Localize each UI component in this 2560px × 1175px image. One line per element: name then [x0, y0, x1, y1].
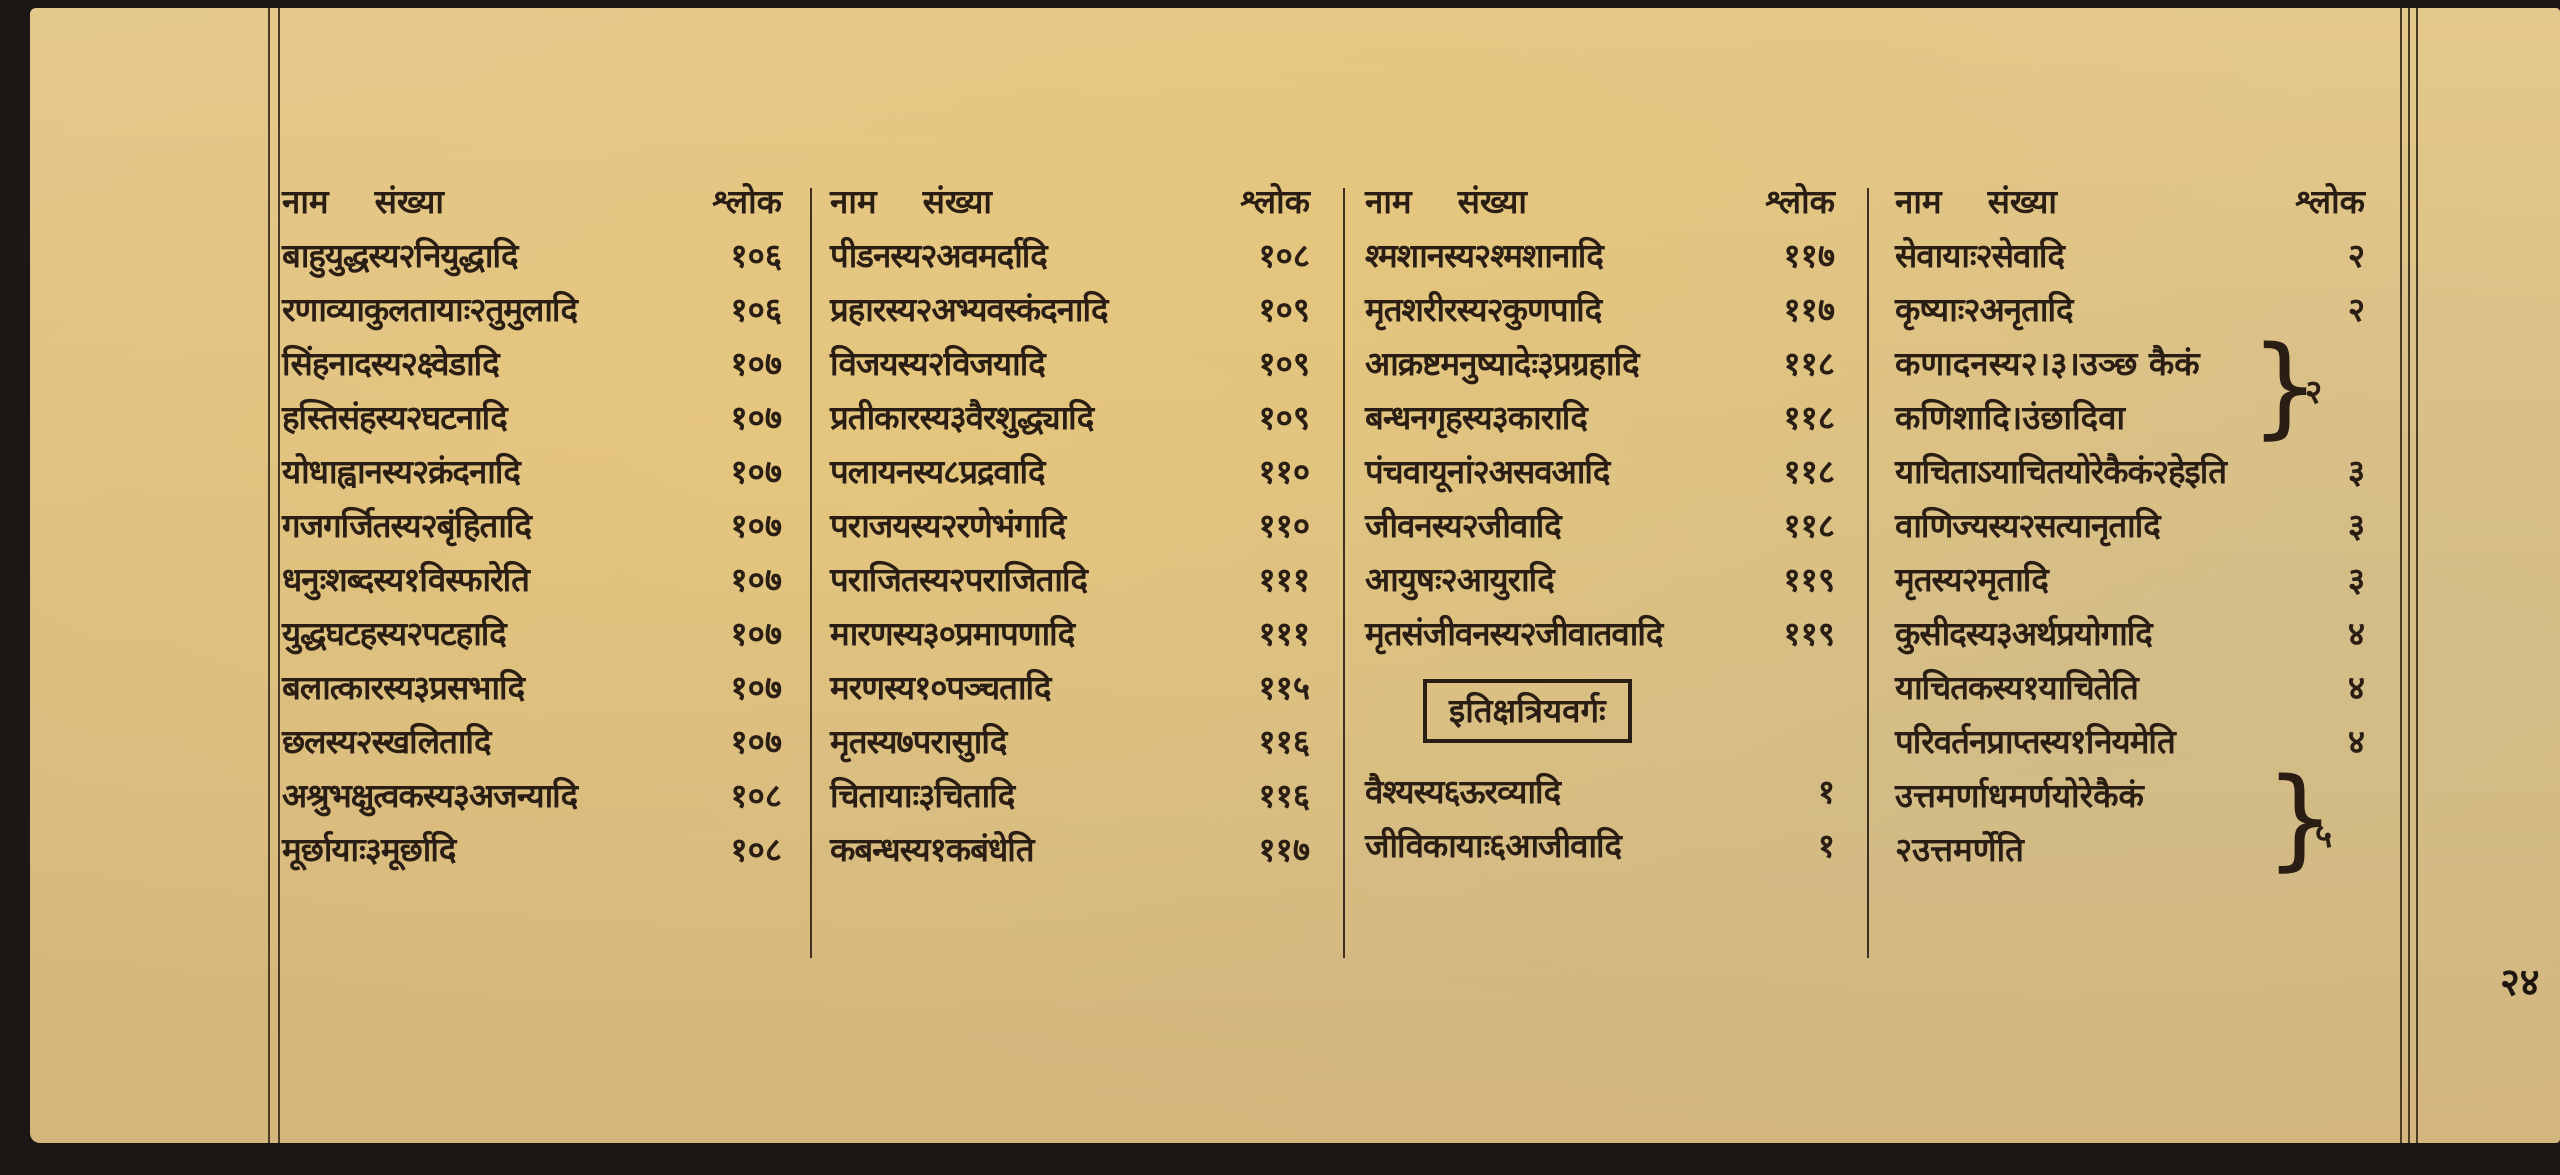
column-header: नामसंख्या श्लोक: [1365, 175, 1835, 229]
index-column-1: नामसंख्या श्लोक बाहुयुद्धस्य२नियुद्धादि१…: [282, 175, 782, 877]
header-name: नाम: [1365, 182, 1412, 221]
index-row: वैश्यस्य६ऊरव्यादि१: [1365, 765, 1835, 819]
index-row: कुसीदस्य३अर्थप्रयोगादि४: [1895, 607, 2365, 661]
header-count: संख्या: [1458, 182, 1527, 221]
index-row: पराजितस्य२पराजितादि१११: [830, 553, 1310, 607]
index-row: मृतशरीरस्य२कुणपादि११७: [1365, 283, 1835, 337]
index-row: पंचवायूनां२असवआदि११८: [1365, 445, 1835, 499]
index-row: मृतसंजीवनस्य२जीवातवादि११९: [1365, 607, 1835, 661]
index-row: अश्रुभक्षुत्वकस्य३अजन्यादि१०८: [282, 769, 782, 823]
index-row: जीवनस्य२जीवादि११८: [1365, 499, 1835, 553]
index-row: चितायाः३चितादि११६: [830, 769, 1310, 823]
header-verse: श्लोक: [1765, 175, 1835, 229]
index-row: रणाव्याकुलतायाः२तुमुलादि१०६: [282, 283, 782, 337]
index-row: गजगर्जितस्य२बृंहितादि१०७: [282, 499, 782, 553]
header-name: नाम: [1895, 182, 1942, 221]
header-count: संख्या: [923, 182, 992, 221]
index-row: पीडनस्य२अवमर्दादि१०८: [830, 229, 1310, 283]
header-verse: श्लोक: [712, 175, 782, 229]
index-row: मृतस्य७परासुादि११६: [830, 715, 1310, 769]
index-row: याचिताऽयाचितयोरेकैकं२हेइति३: [1895, 445, 2365, 499]
margin-rule-right-2: [2408, 8, 2410, 1143]
index-row: धनुःशब्दस्य१विस्फारेति१०७: [282, 553, 782, 607]
column-separator-1: [810, 188, 812, 958]
column-header: नामसंख्या श्लोक: [830, 175, 1310, 229]
folio-number: २४: [2500, 955, 2540, 1007]
column-separator-2: [1343, 188, 1345, 958]
index-row: प्रहारस्य२अभ्यवस्कंदनादि१०९: [830, 283, 1310, 337]
index-row: मूर्छायाः३मूर्छादि१०८: [282, 823, 782, 877]
header-verse: श्लोक: [2295, 175, 2365, 229]
index-row: पलायनस्य८प्रद्रवादि११०: [830, 445, 1310, 499]
index-row: मारणस्य३०प्रमापणादि१११: [830, 607, 1310, 661]
index-row: योधाह्वानस्य२क्रंदनादि१०७: [282, 445, 782, 499]
index-row: सिंहनादस्य२क्ष्वेडादि१०७: [282, 337, 782, 391]
section-end-colophon: इतिक्षत्रियवर्गः: [1423, 679, 1632, 743]
index-row: मृतस्य२मृतादि३: [1895, 553, 2365, 607]
index-row: आयुषः२आयुरादि११९: [1365, 553, 1835, 607]
column-header: नामसंख्या श्लोक: [1895, 175, 2365, 229]
brace-group-entry: कणादनस्य२।३।उञ्छ कैकं कणिशादि।उंछादिवा }…: [1895, 337, 2365, 445]
header-count: संख्या: [1988, 182, 2057, 221]
header-verse: श्लोक: [1240, 175, 1310, 229]
index-row: हस्तिसंहस्य२घटनादि१०७: [282, 391, 782, 445]
margin-rule-left-2: [278, 8, 280, 1143]
header-count: संख्या: [375, 182, 444, 221]
index-row: प्रतीकारस्य३वैरशुद्ध्यादि१०९: [830, 391, 1310, 445]
index-row: बाहुयुद्धस्य२नियुद्धादि१०६: [282, 229, 782, 283]
index-row: बलात्कारस्य३प्रसभादि१०७: [282, 661, 782, 715]
index-row: पराजयस्य२रणेभंगादि११०: [830, 499, 1310, 553]
column-separator-3: [1867, 188, 1869, 958]
index-row: बन्धनगृहस्य३कारादि११८: [1365, 391, 1835, 445]
index-row: कबन्धस्य१कबंधेति११७: [830, 823, 1310, 877]
index-row: छलस्य२स्खलितादि१०७: [282, 715, 782, 769]
column-header: नामसंख्या श्लोक: [282, 175, 782, 229]
index-row: आक्रष्टमनुष्यादेः३प्रग्रहादि११८: [1365, 337, 1835, 391]
margin-rule-right-1: [2400, 8, 2402, 1143]
index-row: विजयस्य२विजयादि१०९: [830, 337, 1310, 391]
header-name: नाम: [830, 182, 877, 221]
margin-rule-left-1: [268, 8, 270, 1143]
header-name: नाम: [282, 182, 329, 221]
margin-rule-right-3: [2416, 8, 2418, 1143]
index-row: मरणस्य१०पञ्चतादि११५: [830, 661, 1310, 715]
brace-group-entry: उत्तमर्णाधमर्णयोरेकैकं २उत्तमर्णेति } ५: [1895, 769, 2365, 877]
index-row: जीविकायाः६आजीवादि१: [1365, 819, 1835, 873]
index-column-4: नामसंख्या श्लोक सेवायाः२सेवादि२ कृष्याः२…: [1895, 175, 2365, 877]
index-row: सेवायाः२सेवादि२: [1895, 229, 2365, 283]
index-row: युद्धघटहस्य२पटहादि१०७: [282, 607, 782, 661]
index-row: श्मशानस्य२श्मशानादि११७: [1365, 229, 1835, 283]
index-row: याचितकस्य१याचितेति४: [1895, 661, 2365, 715]
index-row: वाणिज्यस्य२सत्यानृतादि३: [1895, 499, 2365, 553]
index-column-3: नामसंख्या श्लोक श्मशानस्य२श्मशानादि११७ म…: [1365, 175, 1835, 873]
index-column-2: नामसंख्या श्लोक पीडनस्य२अवमर्दादि१०८ प्र…: [830, 175, 1310, 877]
